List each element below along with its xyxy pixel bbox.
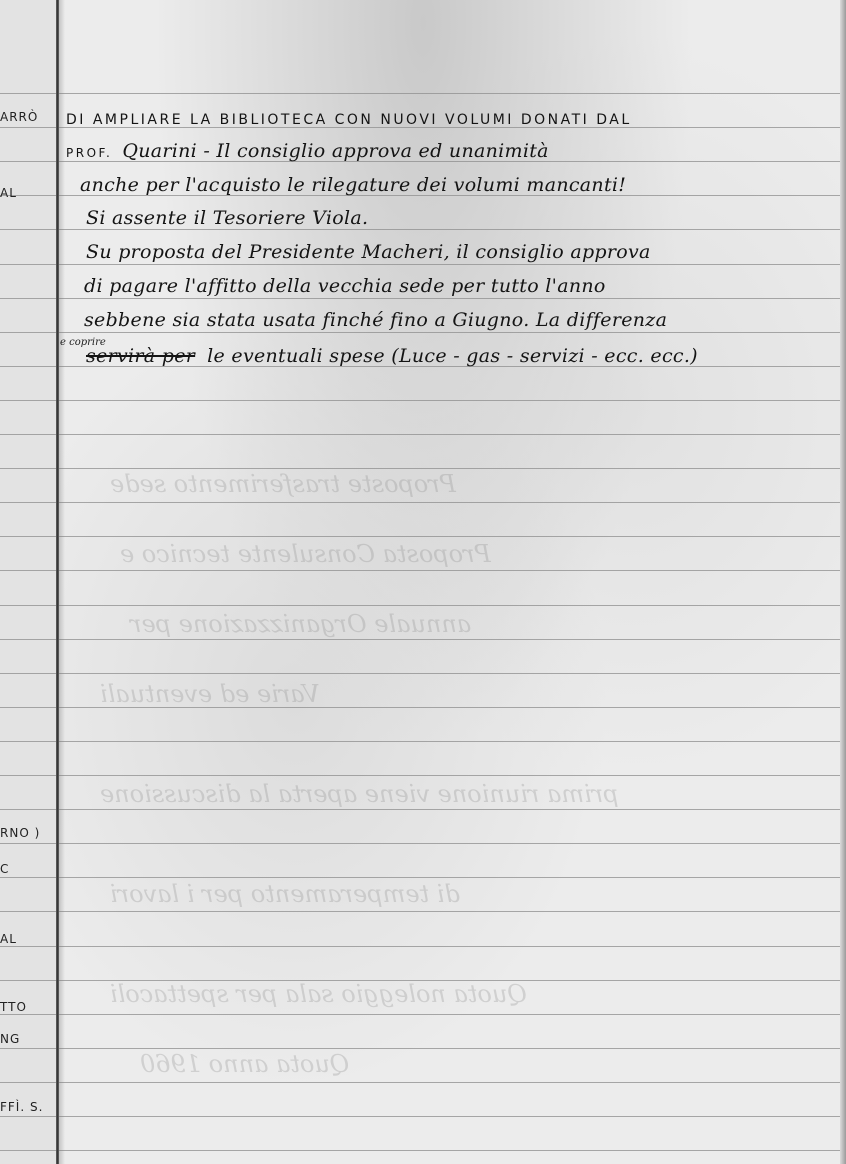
ruled-line <box>0 502 846 503</box>
ruled-line <box>0 877 846 878</box>
ruled-line <box>0 434 846 435</box>
bleed-through-text: Proposte trasferimento sede <box>110 470 456 498</box>
ruled-line <box>0 775 846 776</box>
margin-note: AL <box>0 186 17 200</box>
bleed-through-text: Proposta Consulente tecnico e <box>120 540 491 568</box>
ruled-line <box>0 639 846 640</box>
ruled-line <box>0 809 846 810</box>
ruled-line <box>0 843 846 844</box>
ruled-line <box>0 707 846 708</box>
margin-note: FFÌ. S. <box>0 1100 43 1114</box>
ruled-line <box>0 93 846 94</box>
page-edge <box>840 0 846 1164</box>
handwritten-line: sebbene sia stata usata finché fino a Gi… <box>84 309 667 331</box>
ruled-line <box>0 332 846 333</box>
line-prefix: PROF. <box>66 146 112 160</box>
ruled-line <box>0 1082 846 1083</box>
notebook-page: Proposte trasferimento sede Proposta Con… <box>0 0 846 1164</box>
ruled-line <box>0 1048 846 1049</box>
ruled-line <box>0 468 846 469</box>
ruled-line <box>0 264 846 265</box>
ruled-line <box>0 298 846 299</box>
bleed-through-text: Quota noleggio sala per spettacoli <box>110 980 527 1008</box>
ruled-line <box>0 229 846 230</box>
ruled-line <box>0 1150 846 1151</box>
bleed-through-text: Varie ed eventuali <box>100 680 320 708</box>
handwritten-line: anche per l'acquisto le rilegature dei v… <box>80 174 626 196</box>
margin-note: NG <box>0 1032 20 1046</box>
margin-note: TTO <box>0 1000 27 1014</box>
struck-text: servirà per <box>86 345 195 367</box>
line-text: Quarini - Il consiglio approva ed unanim… <box>122 140 548 162</box>
ruled-line <box>0 946 846 947</box>
handwritten-line: DI AMPLIARE LA BIBLIOTECA CON NUOVI VOLU… <box>66 112 632 128</box>
handwritten-line: Si assente il Tesoriere Viola. <box>86 207 368 229</box>
bleed-through-text: Quota anno 1960 <box>140 1050 350 1078</box>
margin-note: AL <box>0 932 17 946</box>
ruled-line <box>0 911 846 912</box>
handwritten-line: Su proposta del Presidente Macheri, il c… <box>86 241 651 263</box>
ruled-line <box>0 1014 846 1015</box>
ruled-line <box>0 536 846 537</box>
margin-shadow <box>59 0 65 1164</box>
ruled-line <box>0 673 846 674</box>
handwritten-line: PROF.Quarini - Il consiglio approva ed u… <box>66 140 549 162</box>
handwritten-line: servirà perle eventuali spese (Luce - ga… <box>86 345 698 367</box>
left-margin-column <box>0 0 56 1164</box>
margin-note: ARRÒ <box>0 110 38 124</box>
ruled-line <box>0 1116 846 1117</box>
handwritten-line: di pagare l'affitto della vecchia sede p… <box>84 275 606 297</box>
ruled-line <box>0 741 846 742</box>
bleed-through-text: prima riunione viene aperta la discussio… <box>100 780 619 808</box>
ruled-line <box>0 400 846 401</box>
bleed-through-text: annuale Organizzazione per <box>130 610 471 638</box>
ruled-line <box>0 570 846 571</box>
margin-note: C <box>0 862 9 876</box>
line-text: le eventuali spese (Luce - gas - servizi… <box>207 345 698 367</box>
bleed-through-text: di temperamento per i lavori <box>110 880 460 908</box>
ruled-line <box>0 605 846 606</box>
ruled-line <box>0 980 846 981</box>
margin-note: RNO ) <box>0 826 40 840</box>
